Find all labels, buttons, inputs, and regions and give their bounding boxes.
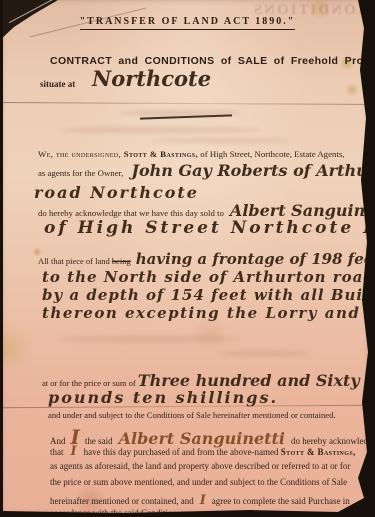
- acknowledgement-line5: hereinafter mentioned or contained, and …: [50, 493, 350, 508]
- situate-handwritten: Northcote: [92, 66, 211, 91]
- acknowledgement-line4: the price or sum above mentioned, and un…: [50, 477, 347, 487]
- agreement-line2: as agents for the Owner, John Gay Robert…: [38, 161, 375, 180]
- land-line4-handwritten: thereon excepting the Lorry and Van Shed…: [42, 304, 375, 322]
- bleedthrough-smudge: [60, 336, 240, 342]
- bleedthrough-smudge: [220, 351, 310, 356]
- agreement-line1: We, the undersigned, Stott & Bastings, o…: [38, 149, 344, 159]
- acknowledgement-line3: as agents as aforesaid, the land and pro…: [50, 461, 350, 471]
- acknowledgement-line6: accordance with the said Conditions.: [50, 508, 183, 517]
- bleedthrough-smudge: [120, 110, 240, 116]
- situate-label: situate at: [40, 79, 75, 89]
- bleedthrough-smudge: [150, 138, 290, 143]
- land-line2-handwritten: to the North side of Arthurton road Nort…: [42, 268, 375, 286]
- agreement-line3-handwritten: road Northcote: [34, 183, 199, 202]
- agreement-line5-handwritten: of High Street Northcote Decorator.: [44, 218, 375, 238]
- scanned-document-page: "TRANSFER OF LAND ACT 1890." CONDITIONS …: [0, 0, 375, 517]
- fold-line-upper: [0, 102, 375, 105]
- price-line2-handwritten: pounds ten shillings.: [48, 388, 278, 407]
- land-line1: All that piece of land being having a fr…: [38, 250, 375, 268]
- land-line3-handwritten: by a depth of 154 feet with all Building…: [42, 286, 375, 304]
- bleedthrough-text: CONDITIONS: [252, 2, 369, 19]
- acknowledgement-line2: that I have this day purchased of and fr…: [50, 444, 356, 459]
- price-conditions-line: and under and subject to the Conditions …: [48, 410, 336, 420]
- bleedthrough-smudge: [60, 127, 260, 133]
